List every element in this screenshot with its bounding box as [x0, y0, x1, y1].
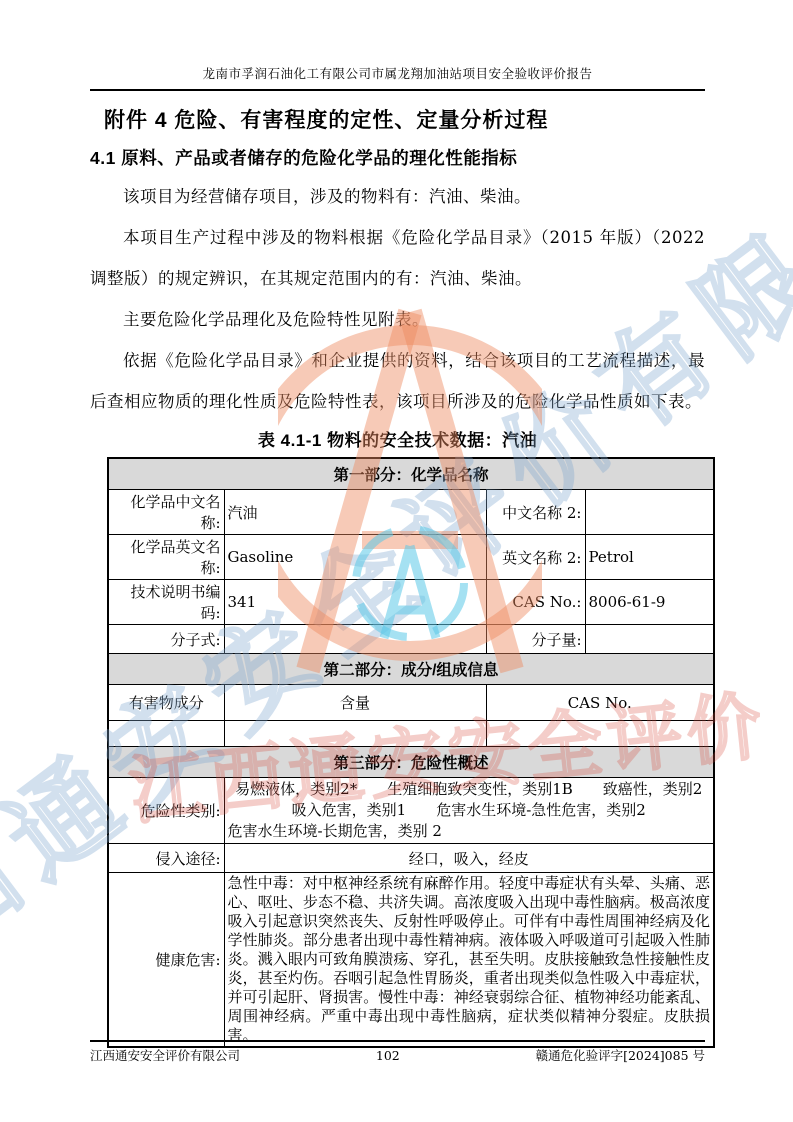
- empty-cell: [108, 721, 224, 747]
- body-paragraphs: 该项目为经营储存项目，涉及的物料有：汽油、柴油。 本项目生产过程中涉及的物料根据…: [90, 176, 705, 422]
- section-heading: 4.1 原料、产品或者储存的危险化学品的理化性能指标: [90, 145, 705, 170]
- field-label: 英文名称 2:: [486, 535, 585, 580]
- field-label: 健康危害:: [108, 873, 224, 1048]
- table-row: 侵入途径: 经口，吸入，经皮: [108, 844, 714, 873]
- document-page: 龙南市孚润石油化工有限公司市属龙翔加油站项目安全验收评价报告 附件 4 危险、有…: [0, 0, 793, 1122]
- field-value: 经口，吸入，经皮: [224, 844, 714, 873]
- field-label: 中文名称 2:: [486, 490, 585, 535]
- column-header: CAS No.: [486, 685, 714, 721]
- paragraph: 主要危险化学品理化及危险特性见附表。: [90, 299, 705, 340]
- part2-header: 第二部分：成分/组成信息: [108, 654, 714, 685]
- table-title: 表 4.1-1 物料的安全技术数据：汽油: [90, 426, 705, 451]
- field-label: CAS No.:: [486, 580, 585, 625]
- page-footer: 江西通安安全评价有限公司 102 赣通危化验评字[2024]085 号: [90, 1040, 705, 1064]
- part3-header: 第三部分：危险性概述: [108, 747, 714, 778]
- field-value: Petrol: [585, 535, 714, 580]
- field-label: 化学品英文名称:: [108, 535, 224, 580]
- hazard-class-line: 危害水生环境-长期危害，类别 2: [228, 821, 711, 842]
- field-value: [224, 625, 486, 654]
- field-value: 8006-61-9: [585, 580, 714, 625]
- table-row: 危险性类别: 易燃液体，类别2* 生殖细胞致突变性，类别1B 致癌性，类别2 吸…: [108, 778, 714, 844]
- field-label: 化学品中文名称:: [108, 490, 224, 535]
- page-number: 102: [376, 1048, 400, 1063]
- paragraph: 本项目生产过程中涉及的物料根据《危险化学品目录》（2015 年版）（2022 调…: [90, 217, 705, 299]
- part1-header: 第一部分：化学品名称: [108, 458, 714, 490]
- page-content: 龙南市孚润石油化工有限公司市属龙翔加油站项目安全验收评价报告 附件 4 危险、有…: [90, 64, 705, 1048]
- field-value: 341: [224, 580, 486, 625]
- field-label: 分子量:: [486, 625, 585, 654]
- field-value: Gasoline: [224, 535, 486, 580]
- running-header: 龙南市孚润石油化工有限公司市属龙翔加油站项目安全验收评价报告: [90, 64, 705, 91]
- hazard-class-cell: 易燃液体，类别2* 生殖细胞致突变性，类别1B 致癌性，类别2 吸入危害，类别1…: [224, 778, 714, 844]
- table-row: 分子式: 分子量:: [108, 625, 714, 654]
- msds-table: 第一部分：化学品名称 化学品中文名称: 汽油 中文名称 2: 化学品英文名称: …: [107, 457, 715, 1048]
- field-value: [585, 625, 714, 654]
- footer-doc-number: 赣通危化验评字[2024]085 号: [536, 1046, 705, 1064]
- table-row: 化学品中文名称: 汽油 中文名称 2:: [108, 490, 714, 535]
- field-value: [585, 490, 714, 535]
- field-label: 危险性类别:: [108, 778, 224, 844]
- field-label: 分子式:: [108, 625, 224, 654]
- empty-cell: [486, 721, 714, 747]
- field-label: 技术说明书编码:: [108, 580, 224, 625]
- hazard-class-line: 吸入危害，类别1 危害水生环境-急性危害，类别2: [228, 800, 711, 821]
- hazard-class-line: 易燃液体，类别2* 生殖细胞致突变性，类别1B 致癌性，类别2: [228, 779, 711, 800]
- footer-company: 江西通安安全评价有限公司: [90, 1046, 240, 1064]
- field-value: 汽油: [224, 490, 486, 535]
- column-header: 含量: [224, 685, 486, 721]
- paragraph: 该项目为经营储存项目，涉及的物料有：汽油、柴油。: [90, 176, 705, 217]
- table-row: 有害物成分 含量 CAS No.: [108, 685, 714, 721]
- empty-cell: [224, 721, 486, 747]
- table-row: 健康危害: 急性中毒：对中枢神经系统有麻醉作用。轻度中毒症状有头晕、头痛、恶心、…: [108, 873, 714, 1048]
- field-label: 侵入途径:: [108, 844, 224, 873]
- table-row: 化学品英文名称: Gasoline 英文名称 2: Petrol: [108, 535, 714, 580]
- attachment-heading: 附件 4 危险、有害程度的定性、定量分析过程: [104, 104, 705, 134]
- health-hazard-text: 急性中毒：对中枢神经系统有麻醉作用。轻度中毒症状有头晕、头痛、恶心、呕吐、步态不…: [224, 873, 714, 1048]
- table-row: [108, 721, 714, 747]
- table-row: 技术说明书编码: 341 CAS No.: 8006-61-9: [108, 580, 714, 625]
- column-header: 有害物成分: [108, 685, 224, 721]
- paragraph: 依据《危险化学品目录》和企业提供的资料，结合该项目的工艺流程描述，最后查相应物质…: [90, 340, 705, 422]
